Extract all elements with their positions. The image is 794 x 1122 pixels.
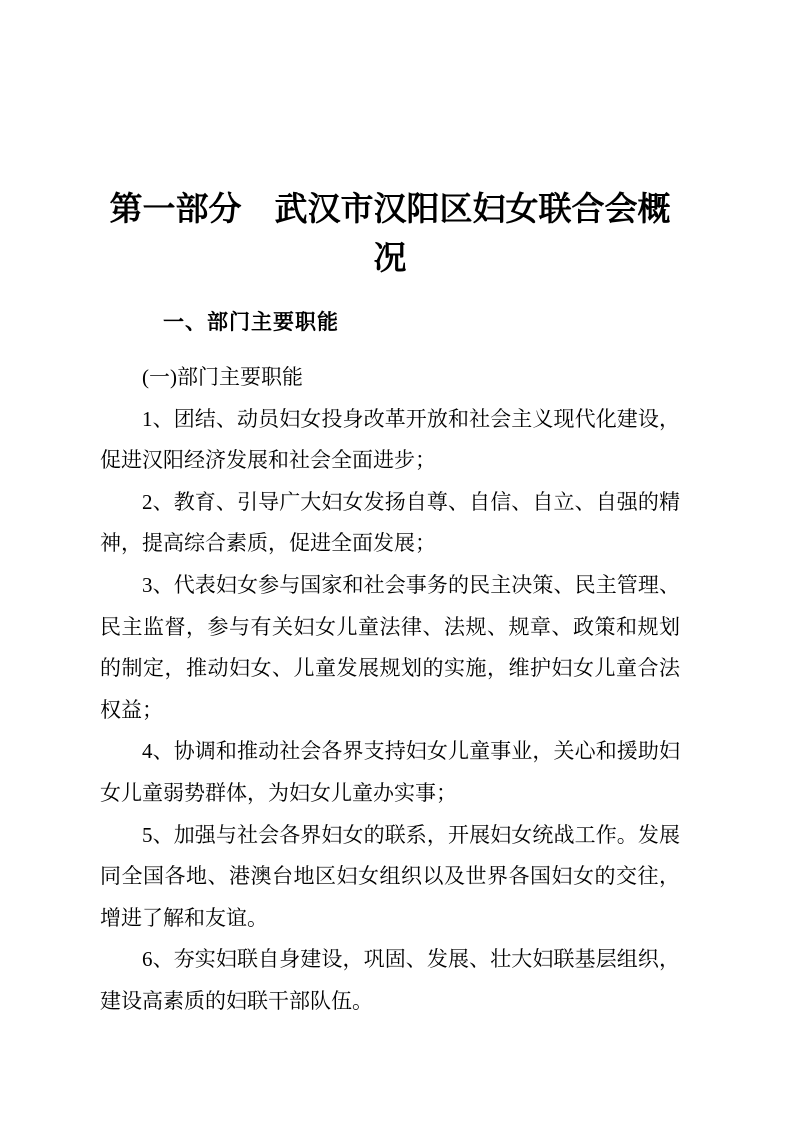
body-paragraph-3: 3、代表妇女参与国家和社会事务的民主决策、民主管理、民主监督，参与有关妇女儿童法… [100,565,680,731]
body-paragraph-4: 4、协调和推动社会各界支持妇女儿童事业，关心和援助妇女儿童弱势群体，为妇女儿童办… [100,731,680,814]
document-page: 第一部分 武汉市汉阳区妇女联合会概况 一、部门主要职能 (一)部门主要职能 1、… [0,0,794,1122]
body-paragraph-5: 5、加强与社会各界妇女的联系，开展妇女统战工作。发展同全国各地、港澳台地区妇女组… [100,815,680,940]
body-paragraph-6: 6、夯实妇联自身建设，巩固、发展、壮大妇联基层组织，建设高素质的妇联干部队伍。 [100,939,680,1022]
document-content: 第一部分 武汉市汉阳区妇女联合会概况 一、部门主要职能 (一)部门主要职能 1、… [0,0,794,1023]
subsection-heading: (一)部门主要职能 [100,357,680,399]
document-title: 第一部分 武汉市汉阳区妇女联合会概况 [107,186,673,284]
body-paragraph-1: 1、团结、动员妇女投身改革开放和社会主义现代化建设，促进汉阳经济发展和社会全面进… [100,399,680,482]
section-heading: 一、部门主要职能 [100,301,680,345]
body-paragraph-2: 2、教育、引导广大妇女发扬自尊、自信、自立、自强的精神，提高综合素质，促进全面发… [100,482,680,565]
